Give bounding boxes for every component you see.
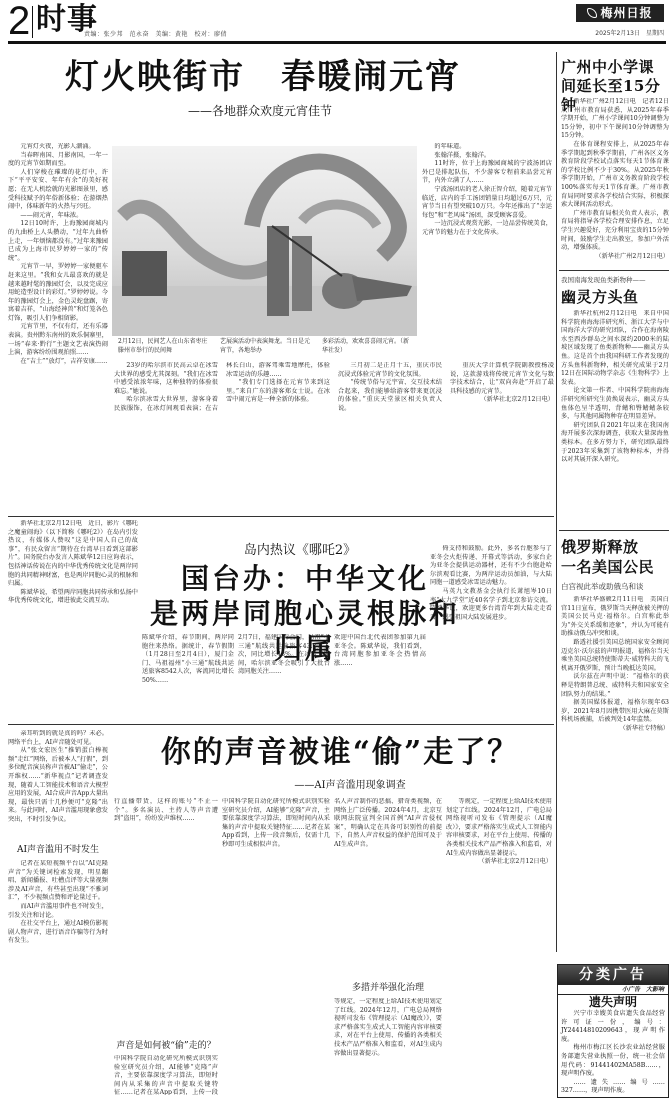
russia-story-body: 新华社华盛顿2月11日电 美国白宫11日宣布，俄罗斯当天释放被关押的美国公民马克… xyxy=(561,596,669,946)
ai-column-4b: 等规定，一定程度上给AI技术使用划定了红线。2024年12月，广电总局网络视听司… xyxy=(334,998,442,1095)
lead-subheadline: ——各地群众欢度元宵佳节 xyxy=(160,103,360,119)
taiwan-headline-line-1: 国台办：中华文化 xyxy=(140,561,470,596)
ai-subheadline: ——AI声音滥用现象调查 xyxy=(250,780,450,792)
lost-notice-body: 兴宁市幸嫂美食店遗失食品经营许可证一份，编号：JY24414810209643，… xyxy=(558,1010,668,1096)
dragon-dance-photo xyxy=(112,146,417,336)
taiwan-right-column: 倚支持和鼓励。此外，多名台胞参与了亚冬会火炬传递、开幕式等活动，多家台企为亚冬会… xyxy=(430,545,552,718)
lead-column-bottom: 23岁的哈尔滨市民高云卓在冰雪大世界的感受尤其深刻。“我们在冰雪中感受浓浓年味，… xyxy=(114,362,554,512)
page-number: 2 xyxy=(8,2,30,40)
sidebar-story-2-body: 新华社杭州2月12日电 来自中国科学院南海海洋研究所、浙江大学与中国海洋大学的研… xyxy=(561,310,669,525)
lost-notice-item: 兴宁市幸嫂美食店遗失食品经营许可证一份，编号：JY24414810209643，… xyxy=(561,1010,665,1044)
photo-caption-3: 多彩活动，欢欢喜喜闹元宵。（新华社发） xyxy=(322,338,414,355)
ai-column-4: 名人声音制作的恶搞、猎奇类视频，在网络上广泛传播。2024年4月，北京互联网法院… xyxy=(334,798,442,978)
lost-notice-item: 梅州市梅江区长沙农业站经营服务部遗失营业执照一份，统一社会信用代码：914414… xyxy=(561,1044,665,1078)
sidebar-divider xyxy=(556,52,557,952)
masthead-divider xyxy=(32,6,33,38)
taiwan-kicker: 岛内热议《哪吒2》 xyxy=(220,542,380,560)
section-rule-1 xyxy=(8,516,554,517)
ai-headline: 你的声音被谁“偷”走了？ xyxy=(140,735,540,771)
lead-column-1: 元宵灯火夜，光影人潮涌。 当春晖南国、月影南国，一年一度的元宵节如期而至。 人们… xyxy=(8,143,108,505)
lead-headline: 灯火映街市 春暖闹元宵 xyxy=(48,57,478,97)
russia-headline-2: 一名美国公民 xyxy=(561,558,669,577)
sidebar-rule-1 xyxy=(559,270,669,271)
ai-left-column: 亲耳听到的就是真的吗？未必。网络平台上，AI声音随处可见。 从“张文宏医生”推销… xyxy=(8,730,108,842)
russia-headline-1: 俄罗斯释放 xyxy=(561,538,669,557)
issue-date: 2025年2月13日 星期四 xyxy=(595,28,664,37)
page-masthead: 2 时事 责编：张少邦 范永奋 美编：黄艳 校对：廖倩 梅州日报 2025年2月… xyxy=(0,0,672,40)
sidebar-story-1-body: 新华社广州2月12日电 记者12日从广州市教育局获悉，从2025年春季学期开始，… xyxy=(561,98,669,263)
ai-subhead-2: 声音是如何被“偷”走的？ xyxy=(114,1040,218,1052)
logo-icon xyxy=(587,8,597,18)
top-rule xyxy=(8,41,666,44)
dragon-dance-image xyxy=(112,146,417,336)
taiwan-mid-column-1: 陈斌华介绍，春节期间，两岸同胞往来热络。据统计，春节假期（1月28日至2月4日）… xyxy=(142,634,234,718)
photo-caption-1: 2月12日，民间艺人在山东省枣庄滕州市举行的民间舞 xyxy=(118,338,210,355)
sidebar-rule-2 xyxy=(559,530,669,531)
taiwan-mid-column-3: 欢迎中国台北代表团参加第九届亚冬会。陈斌华说，我们看到，台湾同胞参加亚冬会热情高… xyxy=(334,634,426,718)
newspaper-name: 梅州日报 xyxy=(600,6,652,20)
ai-column-2b: 中国科学院自动化研究所模式识别实验室研究员介绍，AI能够“克隆”声音，主要依靠深… xyxy=(114,1055,218,1095)
lost-notice-title: 遗失声明 xyxy=(558,995,668,1010)
editor-credits: 责编：张少邦 范永奋 美编：黄艳 校对：廖倩 xyxy=(84,29,227,38)
ai-column-2: 行直播带货，这样的账号“不止一个”。多名演员、主持人等声音遭到“盗用”，纷纷发声… xyxy=(114,798,218,1038)
section-rule-2 xyxy=(8,724,554,725)
lost-notice-item: ……遗失……编号……327……，现声明作废。 xyxy=(561,1079,665,1096)
classified-ad: 分类广告 小广告 大影响 遗失声明 兴宁市幸嫂美食店遗失食品经营许可证一份，编号… xyxy=(557,964,669,1098)
ai-column-5: 等规定，一定程度上给AI技术使用划定了红线。2024年12月，广电总局网络视听司… xyxy=(446,798,552,1095)
classified-banner: 分类广告 xyxy=(558,965,668,985)
sidebar-headline-2: 幽灵方头鱼 xyxy=(561,288,669,307)
photo-caption-2: 艺展演活动中表演舞龙。当日是元宵节，各地举办 xyxy=(220,338,312,355)
ai-subhead-3: 多措并举强化治理 xyxy=(334,982,442,994)
taiwan-left-column: 新华社北京2月12日电 近日，影片《哪吒之魔童闹海》（以下简称《哪吒2》）在岛内… xyxy=(8,520,138,718)
ai-left-column-2: 记者在某短视频平台以“AI克隆声音”为关键词检索发现，明星翻唱、新闻播报、吐槽点… xyxy=(8,860,108,1096)
russia-subheadline: 白宫视此举或助俄乌和谈 xyxy=(561,582,669,591)
classified-tags: 小广告 大影响 xyxy=(558,985,668,995)
sidebar-kicker-2: 我国南海发现鱼类新物种—— xyxy=(561,276,669,285)
taiwan-mid-column-2: 2月7日，福建国际会门，马祖“小三通”航线共运输旅客43.3万人次，同比增长48… xyxy=(238,634,330,718)
ai-subhead-1: AI声音滥用不时发生 xyxy=(8,844,108,856)
ai-column-3: 中国科学院自动化研究所模式识别实验室研究员介绍，AI能够“克隆”声音，主要依靠深… xyxy=(222,798,330,1095)
lead-column-right: 的年味道。 张翰洋摄，张翰洋。 11时许，位于上海豫园商城的宁波汤团店外已是排起… xyxy=(422,143,552,358)
newspaper-logo: 梅州日报 xyxy=(576,4,664,22)
